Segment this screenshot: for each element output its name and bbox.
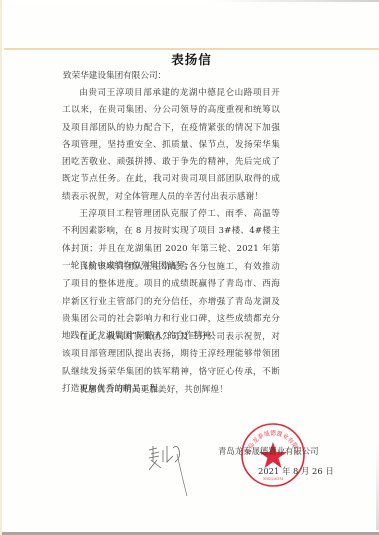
svg-text:3702110374: 3702110374: [263, 477, 283, 481]
paragraph-1: 由贵司王淳项目部承建的龙湖中德昆仑山路项目开工以来，在贵司集团、分公司领导的高度…: [62, 85, 280, 206]
signature-icon: [147, 440, 207, 500]
salutation: 致荣华建设集团有限公司：: [63, 69, 166, 81]
letter-title: 表扬信: [2, 50, 379, 68]
signoff-date: 2021 年 8 月 26 日: [258, 465, 334, 477]
letter-page: 表扬信 致荣华建设集团有限公司： 由贵司王淳项目部承建的龙湖中德昆仑山路项目开工…: [0, 0, 379, 535]
signoff-company: 青岛龙泰晟德置业有限公司: [218, 445, 319, 457]
paragraph-5: 祝愿贵公司明天更加美好，共创辉煌！: [62, 382, 280, 399]
scan-top-edge: [2, 0, 379, 2]
